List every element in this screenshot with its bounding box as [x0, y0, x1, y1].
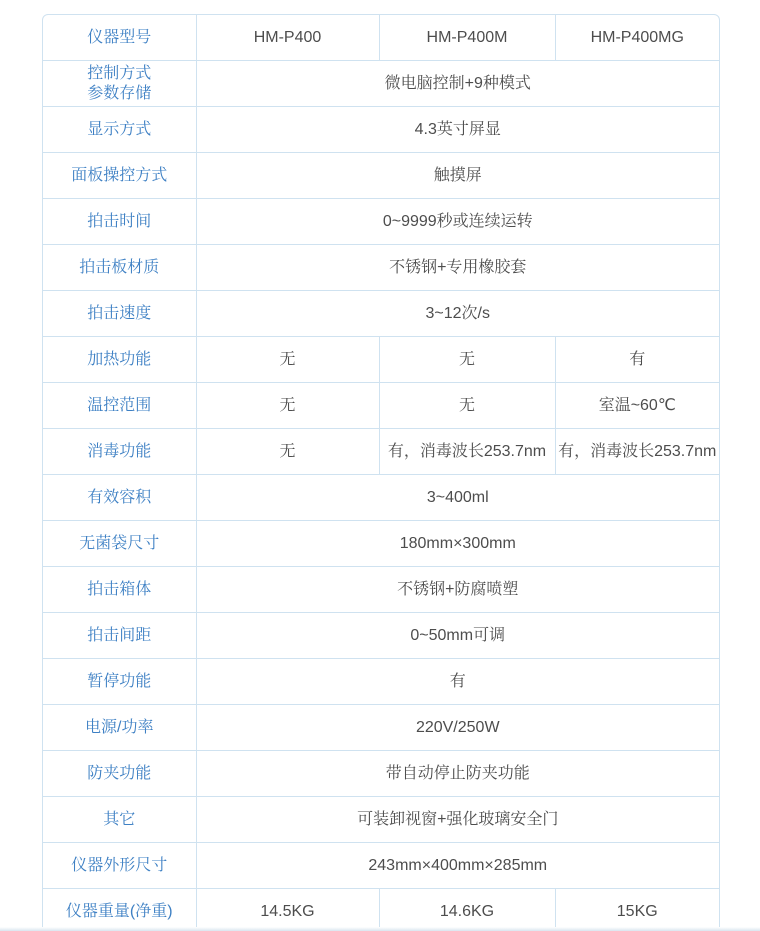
spec-value-cell: 不锈钢+专用橡胶套 — [196, 245, 719, 291]
spec-label-cell: 其它 — [43, 797, 196, 843]
spec-label-cell: 显示方式 — [43, 107, 196, 153]
spec-label-cell: 电源/功率 — [43, 705, 196, 751]
spec-label-cell: 有效容积 — [43, 475, 196, 521]
table-row: 仪器外形尺寸243mm×400mm×285mm — [43, 843, 719, 889]
spec-value-cell: 180mm×300mm — [196, 521, 719, 567]
table-row: 仪器重量(净重)14.5KG14.6KG15KG — [43, 889, 719, 931]
spec-label-cell: 消毒功能 — [43, 429, 196, 475]
spec-value-cell: 无 — [379, 383, 555, 429]
table-row: 加热功能无无有 — [43, 337, 719, 383]
spec-label-cell: 控制方式 参数存储 — [43, 61, 196, 107]
spec-label-cell: 面板操控方式 — [43, 153, 196, 199]
table-row: 显示方式4.3英寸屏显 — [43, 107, 719, 153]
spec-label-cell: 拍击时间 — [43, 199, 196, 245]
spec-value-cell: 有，消毒波长253.7nm — [555, 429, 719, 475]
spec-label-cell: 拍击板材质 — [43, 245, 196, 291]
table-row: 消毒功能无有，消毒波长253.7nm有，消毒波长253.7nm — [43, 429, 719, 475]
table-row: 控制方式 参数存储微电脑控制+9种模式 — [43, 61, 719, 107]
table-row: 无菌袋尺寸180mm×300mm — [43, 521, 719, 567]
spec-value-cell: 有，消毒波长253.7nm — [379, 429, 555, 475]
spec-value-cell: 0~9999秒或连续运转 — [196, 199, 719, 245]
table-row: 有效容积3~400ml — [43, 475, 719, 521]
spec-value-cell: 14.6KG — [379, 889, 555, 931]
spec-label-cell: 温控范围 — [43, 383, 196, 429]
spec-value-cell: 微电脑控制+9种模式 — [196, 61, 719, 107]
spec-value-cell: 15KG — [555, 889, 719, 931]
spec-label-cell: 防夹功能 — [43, 751, 196, 797]
spec-label-cell: 加热功能 — [43, 337, 196, 383]
table-row: 电源/功率220V/250W — [43, 705, 719, 751]
bottom-divider — [0, 927, 760, 931]
spec-value-cell: HM-P400 — [196, 15, 379, 61]
spec-value-cell: 室温~60℃ — [555, 383, 719, 429]
spec-table: 仪器型号HM-P400HM-P400MHM-P400MG控制方式 参数存储微电脑… — [43, 15, 719, 931]
table-row: 温控范围无无室温~60℃ — [43, 383, 719, 429]
spec-label-cell: 仪器型号 — [43, 15, 196, 61]
spec-value-cell: 无 — [379, 337, 555, 383]
table-row: 拍击箱体不锈钢+防腐喷塑 — [43, 567, 719, 613]
spec-value-cell: 220V/250W — [196, 705, 719, 751]
spec-value-cell: 触摸屏 — [196, 153, 719, 199]
spec-label-cell: 拍击速度 — [43, 291, 196, 337]
spec-label-cell: 拍击箱体 — [43, 567, 196, 613]
spec-value-cell: 无 — [196, 383, 379, 429]
spec-value-cell: 有 — [196, 659, 719, 705]
table-row: 拍击间距0~50mm可调 — [43, 613, 719, 659]
spec-label-cell: 仪器重量(净重) — [43, 889, 196, 931]
spec-value-cell: HM-P400MG — [555, 15, 719, 61]
spec-value-cell: 243mm×400mm×285mm — [196, 843, 719, 889]
table-row: 拍击板材质不锈钢+专用橡胶套 — [43, 245, 719, 291]
table-row: 拍击速度3~12次/s — [43, 291, 719, 337]
table-row: 其它可装卸视窗+强化玻璃安全门 — [43, 797, 719, 843]
spec-value-cell: 无 — [196, 337, 379, 383]
spec-value-cell: 带自动停止防夹功能 — [196, 751, 719, 797]
table-row: 暂停功能有 — [43, 659, 719, 705]
spec-value-cell: 不锈钢+防腐喷塑 — [196, 567, 719, 613]
spec-value-cell: 有 — [555, 337, 719, 383]
spec-value-cell: 3~400ml — [196, 475, 719, 521]
table-row: 仪器型号HM-P400HM-P400MHM-P400MG — [43, 15, 719, 61]
spec-value-cell: 0~50mm可调 — [196, 613, 719, 659]
spec-label-cell: 暂停功能 — [43, 659, 196, 705]
spec-label-cell: 仪器外形尺寸 — [43, 843, 196, 889]
spec-value-cell: 14.5KG — [196, 889, 379, 931]
spec-value-cell: 无 — [196, 429, 379, 475]
spec-table-container: 仪器型号HM-P400HM-P400MHM-P400MG控制方式 参数存储微电脑… — [42, 14, 720, 931]
spec-value-cell: 3~12次/s — [196, 291, 719, 337]
spec-value-cell: 可装卸视窗+强化玻璃安全门 — [196, 797, 719, 843]
spec-table-body: 仪器型号HM-P400HM-P400MHM-P400MG控制方式 参数存储微电脑… — [43, 15, 719, 931]
table-row: 防夹功能带自动停止防夹功能 — [43, 751, 719, 797]
table-row: 面板操控方式触摸屏 — [43, 153, 719, 199]
spec-label-cell: 无菌袋尺寸 — [43, 521, 196, 567]
table-row: 拍击时间0~9999秒或连续运转 — [43, 199, 719, 245]
spec-value-cell: HM-P400M — [379, 15, 555, 61]
spec-value-cell: 4.3英寸屏显 — [196, 107, 719, 153]
spec-label-cell: 拍击间距 — [43, 613, 196, 659]
